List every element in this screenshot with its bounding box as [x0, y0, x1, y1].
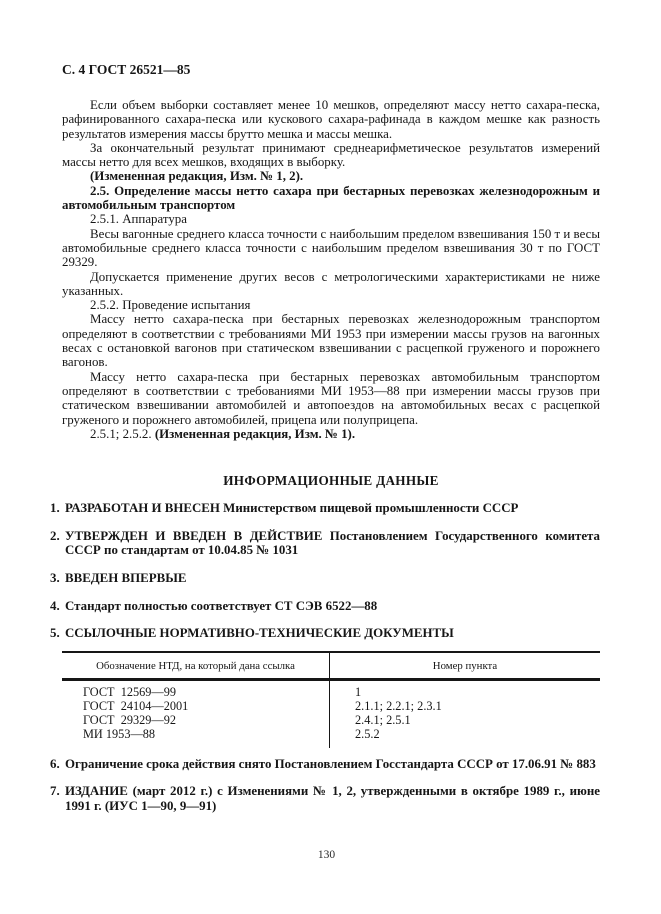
para-sample-under-10: Если объем выборки составляет менее 10 м…	[62, 98, 600, 141]
info-item-1-text: РАЗРАБОТАН И ВНЕСЕН Министерством пищево…	[65, 501, 518, 515]
table-spacer	[62, 741, 600, 748]
info-item-4-number: 4.	[50, 599, 60, 614]
amendment-note-text: (Измененная редакция, Изм. № 1).	[155, 427, 355, 441]
info-item-4-text: Стандарт полностью соответствует СТ СЭВ …	[65, 599, 377, 613]
cell-clause: 1	[330, 685, 600, 699]
info-item-7-text: ИЗДАНИЕ (март 2012 г.) с Изменениями № 1…	[65, 784, 600, 813]
cell-ntd: МИ 1953—88	[62, 727, 330, 741]
col-header-ntd: Обозначение НТД, на который дана ссылка	[62, 653, 330, 678]
para-auto-transport: Массу нетто сахара-песка при бестарных п…	[62, 370, 600, 427]
para-2-5-amendment-note: 2.5.1; 2.5.2. (Измененная редакция, Изм.…	[62, 427, 600, 441]
para-2-5-2-testing: 2.5.2. Проведение испытания	[62, 298, 600, 312]
table-row: МИ 1953—88 2.5.2	[62, 727, 600, 741]
cell-ntd: ГОСТ 12569—99	[62, 685, 330, 699]
info-item-2: 2. УТВЕРЖДЕН И ВВЕДЕН В ДЕЙСТВИЕ Постано…	[65, 529, 600, 558]
cell-ntd: ГОСТ 29329—92	[62, 713, 330, 727]
info-item-6-number: 6.	[50, 757, 60, 772]
para-2-5-1-apparatus: 2.5.1. Аппаратура	[62, 212, 600, 226]
info-item-7: 7. ИЗДАНИЕ (март 2012 г.) с Изменениями …	[65, 784, 600, 813]
table-row: ГОСТ 29329—92 2.4.1; 2.5.1	[62, 713, 600, 727]
info-item-5: 5. ССЫЛОЧНЫЕ НОРМАТИВНО-ТЕХНИЧЕСКИЕ ДОКУ…	[65, 626, 600, 641]
info-item-4: 4. Стандарт полностью соответствует СТ С…	[65, 599, 600, 614]
section-2-body: Если объем выборки составляет менее 10 м…	[62, 98, 600, 441]
info-item-5-text: ССЫЛОЧНЫЕ НОРМАТИВНО-ТЕХНИЧЕСКИЕ ДОКУМЕН…	[65, 626, 454, 640]
heading-2-5: 2.5. Определение массы нетто сахара при …	[62, 184, 600, 213]
cell-clause: 2.5.2	[330, 727, 600, 741]
info-data-title: ИНФОРМАЦИОННЫЕ ДАННЫЕ	[62, 474, 600, 488]
table-row: ГОСТ 24104—2001 2.1.1; 2.2.1; 2.3.1	[62, 699, 600, 713]
references-table-header-row: Обозначение НТД, на который дана ссылка …	[62, 653, 600, 681]
info-item-7-number: 7.	[50, 784, 60, 799]
para-scales-spec: Весы вагонные среднего класса точности с…	[62, 227, 600, 270]
para-rail-transport: Массу нетто сахара-песка при бестарных п…	[62, 312, 600, 369]
info-item-2-number: 2.	[50, 529, 60, 544]
info-item-5-number: 5.	[50, 626, 60, 641]
amendment-clause-refs: 2.5.1; 2.5.2.	[90, 427, 152, 441]
info-item-3-number: 3.	[50, 571, 60, 586]
page-number: 130	[0, 849, 653, 861]
cell-clause: 2.1.1; 2.2.1; 2.3.1	[330, 699, 600, 713]
info-item-3-text: ВВЕДЕН ВПЕРВЫЕ	[65, 571, 186, 585]
running-header: С. 4 ГОСТ 26521—85	[62, 63, 600, 77]
info-item-1-number: 1.	[50, 501, 60, 516]
para-other-scales: Допускается применение других весов с ме…	[62, 270, 600, 299]
references-table: Обозначение НТД, на который дана ссылка …	[62, 651, 600, 748]
cell-clause: 2.4.1; 2.5.1	[330, 713, 600, 727]
col-header-clause: Номер пункта	[330, 653, 600, 678]
para-final-result: За окончательный результат принимают сре…	[62, 141, 600, 170]
info-item-1: 1. РАЗРАБОТАН И ВНЕСЕН Министерством пищ…	[65, 501, 600, 516]
table-row: ГОСТ 12569—99 1	[62, 685, 600, 699]
info-item-6-text: Ограничение срока действия снято Постано…	[65, 757, 596, 771]
info-item-3: 3. ВВЕДЕН ВПЕРВЫЕ	[65, 571, 600, 586]
info-item-2-text: УТВЕРЖДЕН И ВВЕДЕН В ДЕЙСТВИЕ Постановле…	[65, 529, 600, 558]
cell-ntd: ГОСТ 24104—2001	[62, 699, 330, 713]
para-amendment-note-1-2: (Измененная редакция, Изм. № 1, 2).	[62, 169, 600, 183]
info-item-6: 6. Ограничение срока действия снято Пост…	[65, 757, 600, 772]
document-page: С. 4 ГОСТ 26521—85 Если объем выборки со…	[0, 0, 661, 914]
